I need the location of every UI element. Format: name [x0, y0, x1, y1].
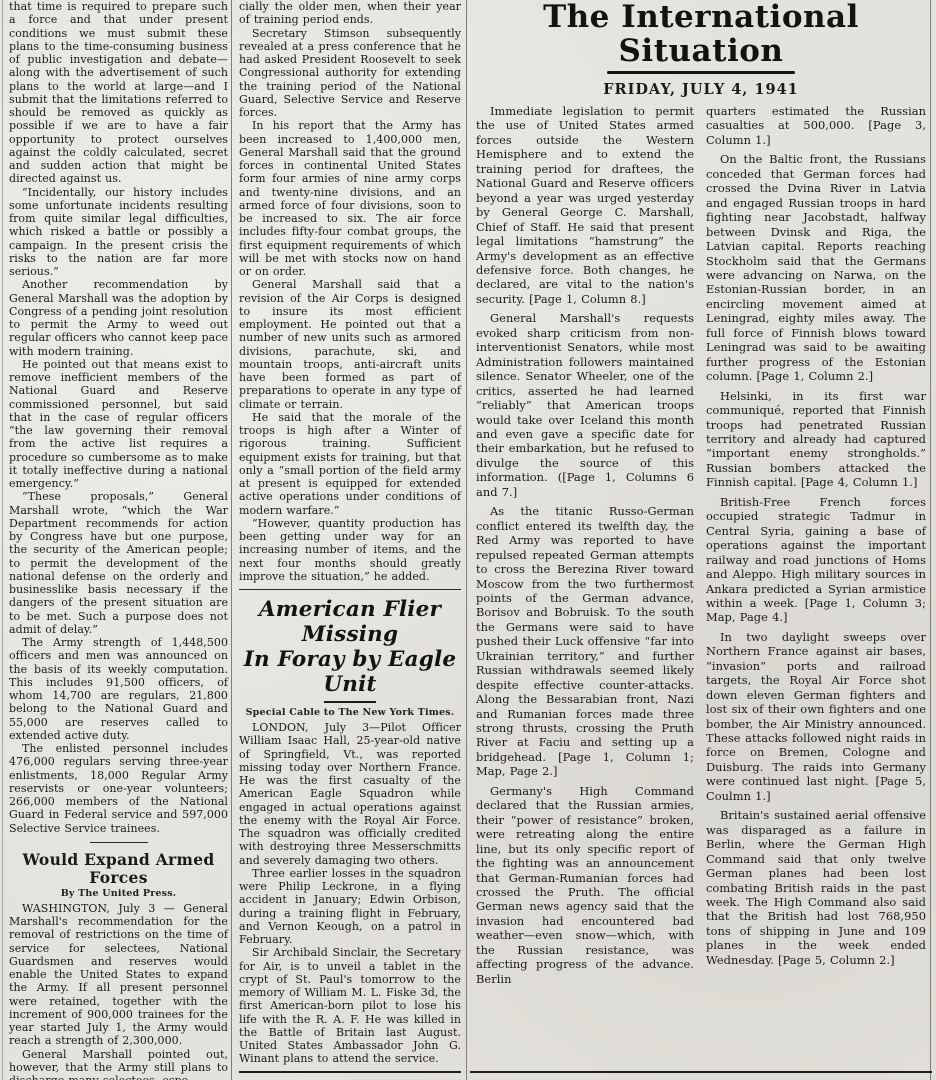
column-rule-left-edge [2, 0, 3, 1080]
middle-column: cially the older men, when their year of… [239, 0, 461, 1073]
paragraph: that time is required to prepare such a … [9, 0, 228, 186]
paragraph: British-Free French forces occupied stra… [706, 495, 926, 625]
eagle-squadron-headline: American Flier Missing In Foray by Eagle… [239, 597, 461, 697]
international-bottom-double-rule [470, 1071, 932, 1080]
dateline-friday-july-4-1941: FRIDAY, JULY 4, 1941 [470, 82, 932, 98]
byline-united-press: By The United Press. [9, 888, 228, 900]
marshall-article-continuation: that time is required to prepare such a … [9, 0, 228, 835]
paragraph: He said that the morale of the troops is… [239, 411, 461, 517]
paragraph: On the Baltic front, the Russians conced… [706, 152, 926, 383]
paragraph: In two daylight sweeps over Northern Fra… [706, 630, 926, 803]
article-divider-rule [239, 589, 461, 590]
paragraph: As the titanic Russo-German conflict ent… [476, 504, 694, 779]
paragraph: Germany's High Command declared that the… [476, 784, 694, 986]
paragraph: General Marshall pointed out, however, t… [9, 1048, 228, 1080]
headline-flourish-rule [324, 701, 376, 703]
section-divider-rule [90, 842, 148, 843]
paragraph: General Marshall said that a revision of… [239, 278, 461, 411]
title-underline-rule [607, 71, 795, 74]
international-situation-title: The International Situation [470, 0, 932, 68]
paragraph: “However, quantity production has been g… [239, 517, 461, 583]
eagle-squadron-story: LONDON, July 3—Pilot Officer William Isa… [239, 721, 461, 1066]
left-column: that time is required to prepare such a … [9, 0, 228, 1080]
paragraph: He pointed out that means exist to remov… [9, 358, 228, 491]
international-situation-box: The International Situation FRIDAY, JULY… [470, 0, 932, 104]
paragraph: General Marshall's requests evoked sharp… [476, 311, 694, 499]
paragraph: “These proposals,” General Marshall wrot… [9, 490, 228, 636]
headline-line-1: American Flier Missing [259, 597, 441, 647]
middle-column-bottom-rule [239, 1071, 461, 1073]
international-column-2: quarters estimated the Russian casualtie… [706, 104, 926, 972]
paragraph: “Incidentally, our history includes some… [9, 186, 228, 279]
paragraph: cially the older men, when their year of… [239, 0, 461, 27]
paragraph: quarters estimated the Russian casualtie… [706, 104, 926, 147]
headline-line-2: In Foray by Eagle Unit [244, 647, 456, 697]
byline-special-cable: Special Cable to The New York Times. [239, 707, 461, 719]
paragraph: The enlisted personnel includes 476,000 … [9, 742, 228, 835]
subhead-would-expand-armed-forces: Would Expand Armed Forces [9, 851, 228, 887]
paragraph: The Army strength of 1,448,500 officers … [9, 636, 228, 742]
column-rule-right-edge [930, 0, 931, 1080]
paragraph: Britain's sustained aerial offensive was… [706, 808, 926, 967]
paragraph: WASHINGTON, July 3 — General Marshall's … [9, 902, 228, 1048]
paragraph: Sir Archibald Sinclair, the Secretary fo… [239, 946, 461, 1065]
paragraph: In his report that the Army has been inc… [239, 119, 461, 278]
paragraph: Another recommendation by General Marsha… [9, 278, 228, 358]
column-rule-1-2 [231, 0, 232, 1080]
united-press-story: WASHINGTON, July 3 — General Marshall's … [9, 902, 228, 1080]
newspaper-page: that time is required to prepare such a … [0, 0, 936, 1080]
intl-box-left-rule [466, 0, 467, 1080]
paragraph: Three earlier losses in the squadron wer… [239, 867, 461, 947]
paragraph: Immediate legislation to permit the use … [476, 104, 694, 306]
paragraph: Helsinki, in its first war communiqué, r… [706, 389, 926, 490]
paragraph: Secretary Stimson subsequently revealed … [239, 27, 461, 120]
international-column-1: Immediate legislation to permit the use … [476, 104, 694, 991]
marshall-article-continuation-2: cially the older men, when their year of… [239, 0, 461, 583]
paragraph: LONDON, July 3—Pilot Officer William Isa… [239, 721, 461, 867]
